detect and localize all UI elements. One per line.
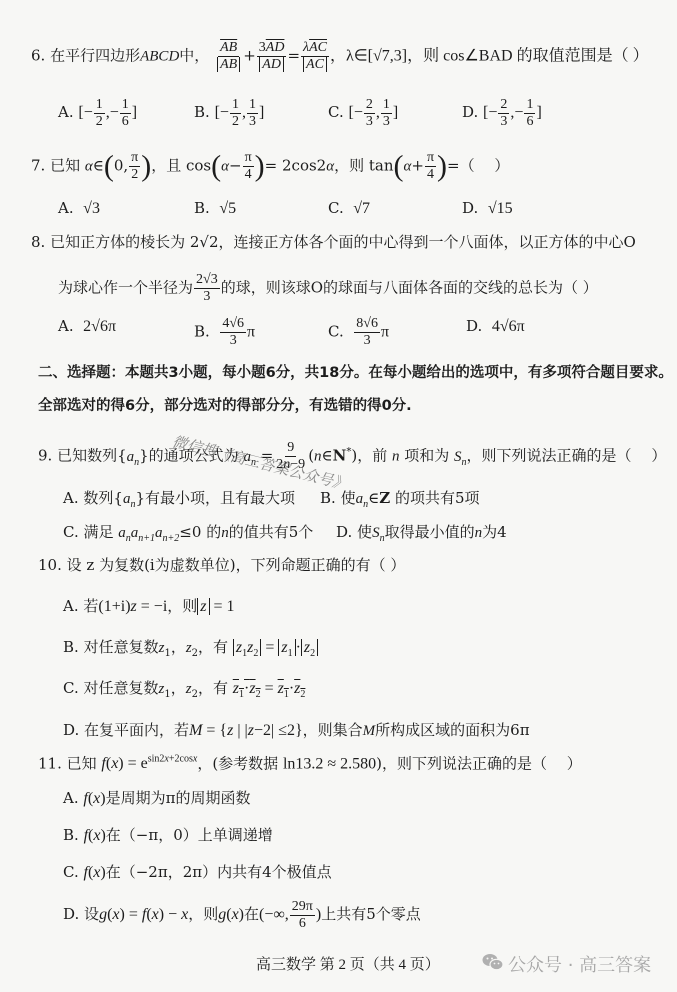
q10-option-a: A. 若(1+i)z = −i，则z = 1: [63, 596, 235, 617]
q9-option-d: D. 使Sn取得最小值的n为4: [336, 522, 507, 549]
option-label: B.: [63, 638, 79, 656]
question-7-stem: 7. 已知 α∈(0,π2)，且 cos(α−π4)= 2cos2α，则 tan…: [31, 150, 509, 183]
option-label: A.: [63, 789, 79, 807]
option-text: 若: [83, 597, 98, 615]
option-text: √5: [219, 200, 236, 217]
question-number: 7.: [31, 157, 45, 175]
option-text: 对任意复数: [84, 638, 159, 656]
option-label: A.: [58, 199, 74, 217]
q6-option-c: C. [−23,13]: [328, 97, 398, 130]
q9-option-a: A. 数列{an}有最小项，且有最大项: [63, 488, 295, 515]
option-text: 对任意复数: [84, 679, 159, 697]
fraction-ac: λACAC: [301, 40, 329, 73]
q11-option-d: D. 设g(x) = f(x) − x，则g(x)在(−∞,29π6)上共有5个…: [63, 899, 421, 932]
option-label: A.: [58, 103, 74, 121]
question-number: 6.: [31, 47, 45, 65]
stem-text: 为球心作一个半径为: [58, 279, 193, 297]
option-text: 所构成区域的面积为6π: [375, 721, 529, 739]
option-label: D.: [462, 103, 478, 121]
question-number: 8.: [31, 233, 45, 251]
option-label: A.: [58, 317, 74, 335]
option-label: D.: [336, 523, 352, 541]
option-text: 在（−2π，2π）内共有4个极值点: [106, 863, 332, 881]
option-label: D.: [462, 199, 478, 217]
question-8-stem-line2: 为球心作一个半径为2√33的球，则该球O的球面与八面体各面的交线的总长为（ ）: [58, 272, 598, 305]
option-label: C.: [63, 863, 79, 881]
page-footer: 高三数学 第 2 页（共 4 页）: [256, 953, 440, 974]
option-text: 在复平面内，若: [84, 721, 189, 739]
option-label: B.: [194, 103, 210, 121]
option-label: C.: [328, 199, 344, 217]
stem-text: 的球，则该球O的球面与八面体各面的交线的总长为（ ）: [221, 279, 598, 297]
option-text: 数列: [83, 489, 113, 507]
option-text: 有最小项，且有最大项: [145, 489, 295, 507]
q6-option-b: B. [−12,13]: [194, 97, 264, 130]
stem-text: ABCD: [140, 49, 179, 65]
option-text: 的: [206, 523, 221, 541]
wechat-icon: [482, 953, 504, 976]
q10-option-c: C. 对任意复数z1，z2，有 z1·z2 = z1·z2: [63, 678, 305, 705]
q7-option-a: A. √3: [58, 198, 100, 219]
q7-option-d: D. √15: [462, 198, 513, 219]
wechat-watermark: 公众号 · 高三答案: [482, 951, 651, 977]
q8-option-c: C. 8√63π: [328, 316, 389, 349]
q10-option-d: D. 在复平面内，若M = {z | |z−2| ≤2}，则集合M所构成区域的面…: [63, 720, 530, 741]
question-9-stem: 9. 已知数列{an}的通项公式为 an =92n−9(n∈N*)，前 n 项和…: [38, 440, 666, 473]
option-text: ，则集合: [303, 721, 363, 739]
option-text: ，有: [198, 638, 228, 656]
option-label: C.: [63, 679, 79, 697]
question-10-stem: 10. 设 z 为复数(i为虚数单位)，下列命题正确的有（ ）: [38, 555, 405, 575]
option-label: B.: [194, 199, 210, 217]
fraction-radius: 2√33: [194, 272, 220, 305]
option-text: 在（−π，0）上单调递增: [106, 826, 273, 844]
section-2-scoring: 全部选对的得6分，部分选对的得部分分，有选错的得0分.: [38, 396, 412, 416]
option-text: 满足: [84, 523, 114, 541]
option-label: B.: [194, 323, 210, 341]
q11-option-a: A. f(x)是周期为π的周期函数: [63, 788, 250, 809]
q9-option-c: C. 满足 anan+1an+2≤0 的n的值共有5个: [63, 522, 313, 549]
q6-option-a: A. [−12,−16]: [58, 97, 137, 130]
option-text: 的项共有5项: [395, 489, 480, 507]
question-number: 11.: [38, 754, 62, 772]
q11-option-c: C. f(x)在（−2π，2π）内共有4个极值点: [63, 862, 332, 883]
option-text: ，则: [167, 597, 197, 615]
option-label: C.: [328, 103, 344, 121]
fraction-ad: 3ADAD: [257, 40, 287, 73]
option-label: C.: [328, 323, 344, 341]
option-text: 的值共有5个: [229, 523, 314, 541]
option-label: D.: [63, 721, 79, 739]
question-8-stem-line1: 8. 已知正方体的棱长为 2√2，连接正方体各个面的中心得到一个八面体，以正方体…: [31, 232, 636, 252]
option-text: √15: [488, 200, 513, 217]
stem-text: 中，: [179, 47, 209, 65]
question-11-stem: 11. 已知 f(x) = esin2x+2cosx，(参考数据 ln13.2 …: [38, 750, 582, 774]
question-6-stem: 6. 在平行四边形ABCD中， ABAB+3ADAD=λACAC，λ∈[√7,3…: [31, 40, 649, 73]
q10-option-b: B. 对任意复数z1，z2，有 z1z2 = z1·z2: [63, 637, 318, 664]
stem-text: 已知正方体的棱长为 2√2，连接正方体各个面的中心得到一个八面体，以正方体的中心…: [50, 233, 636, 251]
option-text: √7: [353, 200, 370, 217]
q7-option-b: B. √5: [194, 198, 236, 219]
stem-text: ，λ∈[√7,3]，则 cos∠BAD 的取值范围是（ ）: [330, 48, 649, 65]
option-text: 是周期为π的周期函数: [106, 789, 251, 807]
stem-text: 在平行四边形: [50, 47, 140, 65]
option-label: D.: [63, 905, 79, 923]
option-text: 设: [84, 905, 99, 923]
watermark-text: 公众号 · 高三答案: [508, 951, 651, 977]
q7-option-c: C. √7: [328, 198, 370, 219]
option-text: ，有: [198, 679, 228, 697]
exam-page: 6. 在平行四边形ABCD中， ABAB+3ADAD=λACAC，λ∈[√7,3…: [0, 0, 677, 992]
option-text: ，则: [188, 905, 218, 923]
option-text: 取得最小值的: [385, 523, 475, 541]
q11-option-b: B. f(x)在（−π，0）上单调递增: [63, 825, 273, 846]
q8-option-b: B. 4√63π: [194, 316, 255, 349]
option-text: 上共有5个零点: [321, 905, 421, 923]
option-text: 在: [244, 905, 259, 923]
q6-option-d: D. [−23,−16]: [462, 97, 542, 130]
option-label: A.: [63, 597, 79, 615]
section-2-heading: 二、选择题：本题共3小题，每小题6分，共18分。在每小题给出的选项中，有多项符合…: [38, 363, 673, 383]
option-label: C.: [63, 523, 79, 541]
option-label: A.: [63, 489, 79, 507]
question-number: 9.: [38, 447, 52, 465]
fraction-ab: ABAB: [215, 40, 242, 73]
option-label: B.: [63, 826, 79, 844]
option-text: 使: [357, 523, 372, 541]
q8-option-a: A. 2√6π: [58, 316, 116, 337]
option-text: √3: [83, 200, 100, 217]
option-text: 为4: [482, 523, 507, 541]
stem-text: 设 z 为复数(i为虚数单位)，下列命题正确的有（ ）: [67, 556, 406, 574]
q8-option-d: D. 4√6π: [466, 316, 525, 337]
question-number: 10.: [38, 556, 62, 574]
option-label: D.: [466, 317, 482, 335]
